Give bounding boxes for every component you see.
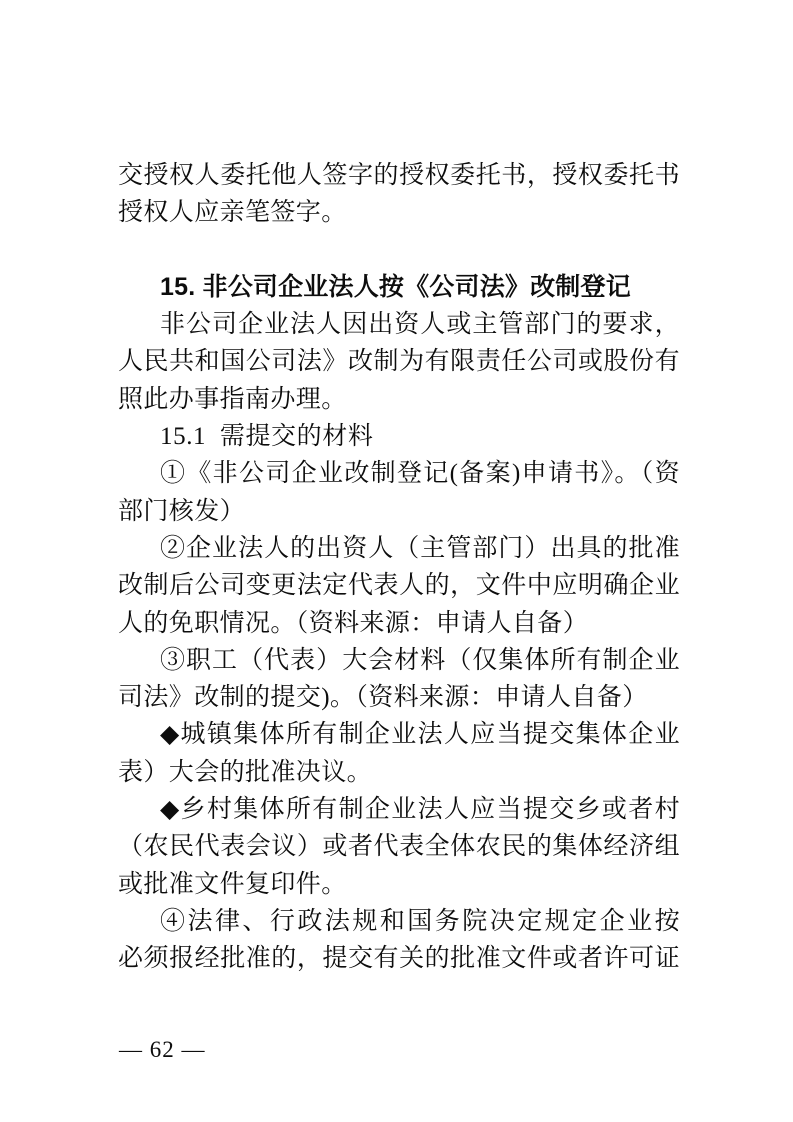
list-item-2-line: 人的免职情况。（资料来源：申请人自备） [118, 605, 680, 642]
page-number: — 62 — [119, 1037, 206, 1062]
list-item-1-line: ①《非公司企业改制登记(备案)申请书》。（资料来源：政府 [118, 455, 680, 492]
paragraph-line: 照此办事指南办理。 [118, 381, 680, 418]
subsection-heading: 15.1 需提交的材料 [118, 418, 680, 455]
list-item-3-line: 司法》改制的提交)。（资料来源：申请人自备） [118, 679, 680, 716]
document-page: 交授权人委托他人签字的授权委托书，授权委托书应为原件，且授权人应亲笔签字。15.… [0, 0, 793, 1122]
list-item-4-line: ④法律、行政法规和国务院决定规定企业按《公司法》改制 [118, 903, 680, 940]
page-footer: — 62 — [119, 1035, 206, 1065]
bullet-item-line: ◆城镇集体所有制企业法人应当提交集体企业的职工（代 [118, 716, 680, 753]
bullet-item-line: 或批准文件复印件。 [118, 866, 680, 903]
bullet-item-line: 表）大会的批准决议。 [118, 754, 680, 791]
paragraph-continuation-line: 交授权人委托他人签字的授权委托书，授权委托书应为原件，且 [118, 157, 680, 194]
list-item-2-line: ②企业法人的出资人（主管部门）出具的批准改制的文件。 [118, 530, 680, 567]
paragraph-line: 人民共和国公司法》改制为有限责任公司或股份有限公司的，按 [118, 343, 680, 380]
list-item-2-line: 改制后公司变更法定代表人的，文件中应明确企业原任法定代表 [118, 567, 680, 604]
list-item-3-line: ③职工（代表）大会材料（仅集体所有制企业法人申请按《公 [118, 642, 680, 679]
list-item-1-line: 部门核发） [118, 493, 680, 530]
section-heading: 15. 非公司企业法人按《公司法》改制登记 [118, 269, 680, 306]
document-body: 交授权人委托他人签字的授权委托书，授权委托书应为原件，且授权人应亲笔签字。15.… [118, 157, 680, 978]
paragraph-first-line: 非公司企业法人因出资人或主管部门的要求，需按照《中华 [118, 306, 680, 343]
bullet-item-line: ◆乡村集体所有制企业法人应当提交乡或者村的农民大会 [118, 791, 680, 828]
bullet-item-line: （农民代表会议）或者代表全体农民的集体经济组织的批准决议 [118, 828, 680, 865]
list-item-4-line: 必须报经批准的，提交有关的批准文件或者许可证件复印件。（资 [118, 940, 680, 977]
paragraph-line: 授权人应亲笔签字。 [118, 194, 680, 231]
